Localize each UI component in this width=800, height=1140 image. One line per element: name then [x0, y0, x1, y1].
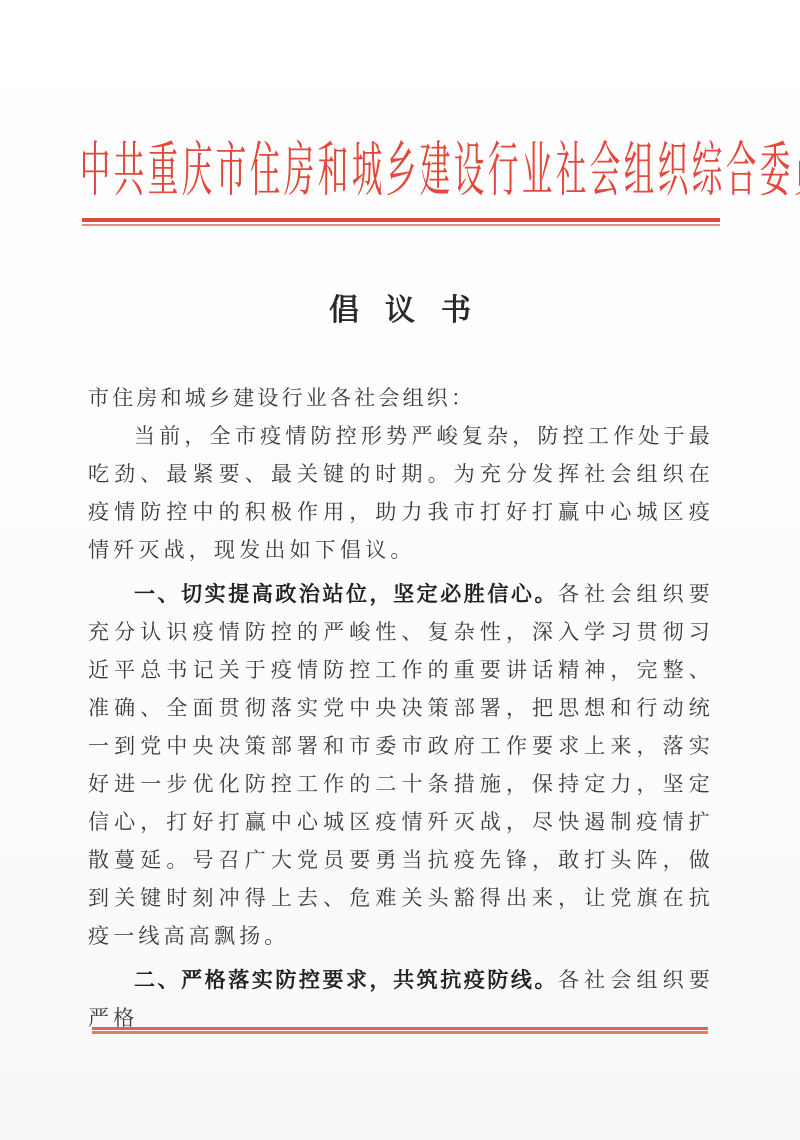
section-heading: 二、严格落实防控要求，共筑抗疫防线。: [134, 968, 558, 992]
red-rule-thick: [92, 1027, 708, 1030]
red-rule-thin: [82, 224, 720, 226]
paragraph-text: 各社会组织要充分认识疫情防控的严峻性、复杂性，深入学习贯彻习近平总书记关于疫情防…: [88, 582, 714, 948]
paragraph-section-2: 二、严格落实防控要求，共筑抗疫防线。各社会组织要严格: [88, 961, 714, 1037]
section-heading: 一、切实提高政治站位，坚定必胜信心。: [134, 582, 558, 606]
letterhead-glyph: 员: [794, 103, 800, 240]
document-body: 市住房和城乡建设行业各社会组织： 当前，全市疫情防控形势严峻复杂，防控工作处于最…: [88, 379, 714, 1037]
document-title: 倡议书: [0, 285, 800, 329]
paragraph-text: 当前，全市疫情防控形势严峻复杂，防控工作处于最吃劲、最紧要、最关键的时期。为充分…: [88, 424, 714, 562]
letterhead-glyph: 合: [726, 103, 757, 240]
letterhead-red-rule: [82, 218, 720, 227]
letterhead-organization: 中共重庆市住房和城乡建设行业社会组织综合委员会: [78, 132, 724, 210]
footer-red-rule: [92, 1027, 708, 1035]
salutation: 市住房和城乡建设行业各社会组织：: [88, 379, 714, 417]
paragraph-intro: 当前，全市疫情防控形势严峻复杂，防控工作处于最吃劲、最紧要、最关键的时期。为充分…: [88, 417, 714, 569]
document-page: 中共重庆市住房和城乡建设行业社会组织综合委员会 倡议书 市住房和城乡建设行业各社…: [0, 0, 800, 1140]
paragraph-section-1: 一、切实提高政治站位，坚定必胜信心。各社会组织要充分认识疫情防控的严峻性、复杂性…: [88, 575, 714, 955]
red-rule-thin: [92, 1031, 708, 1034]
letterhead-glyph: 委: [760, 103, 791, 240]
red-rule-thick: [82, 218, 720, 222]
